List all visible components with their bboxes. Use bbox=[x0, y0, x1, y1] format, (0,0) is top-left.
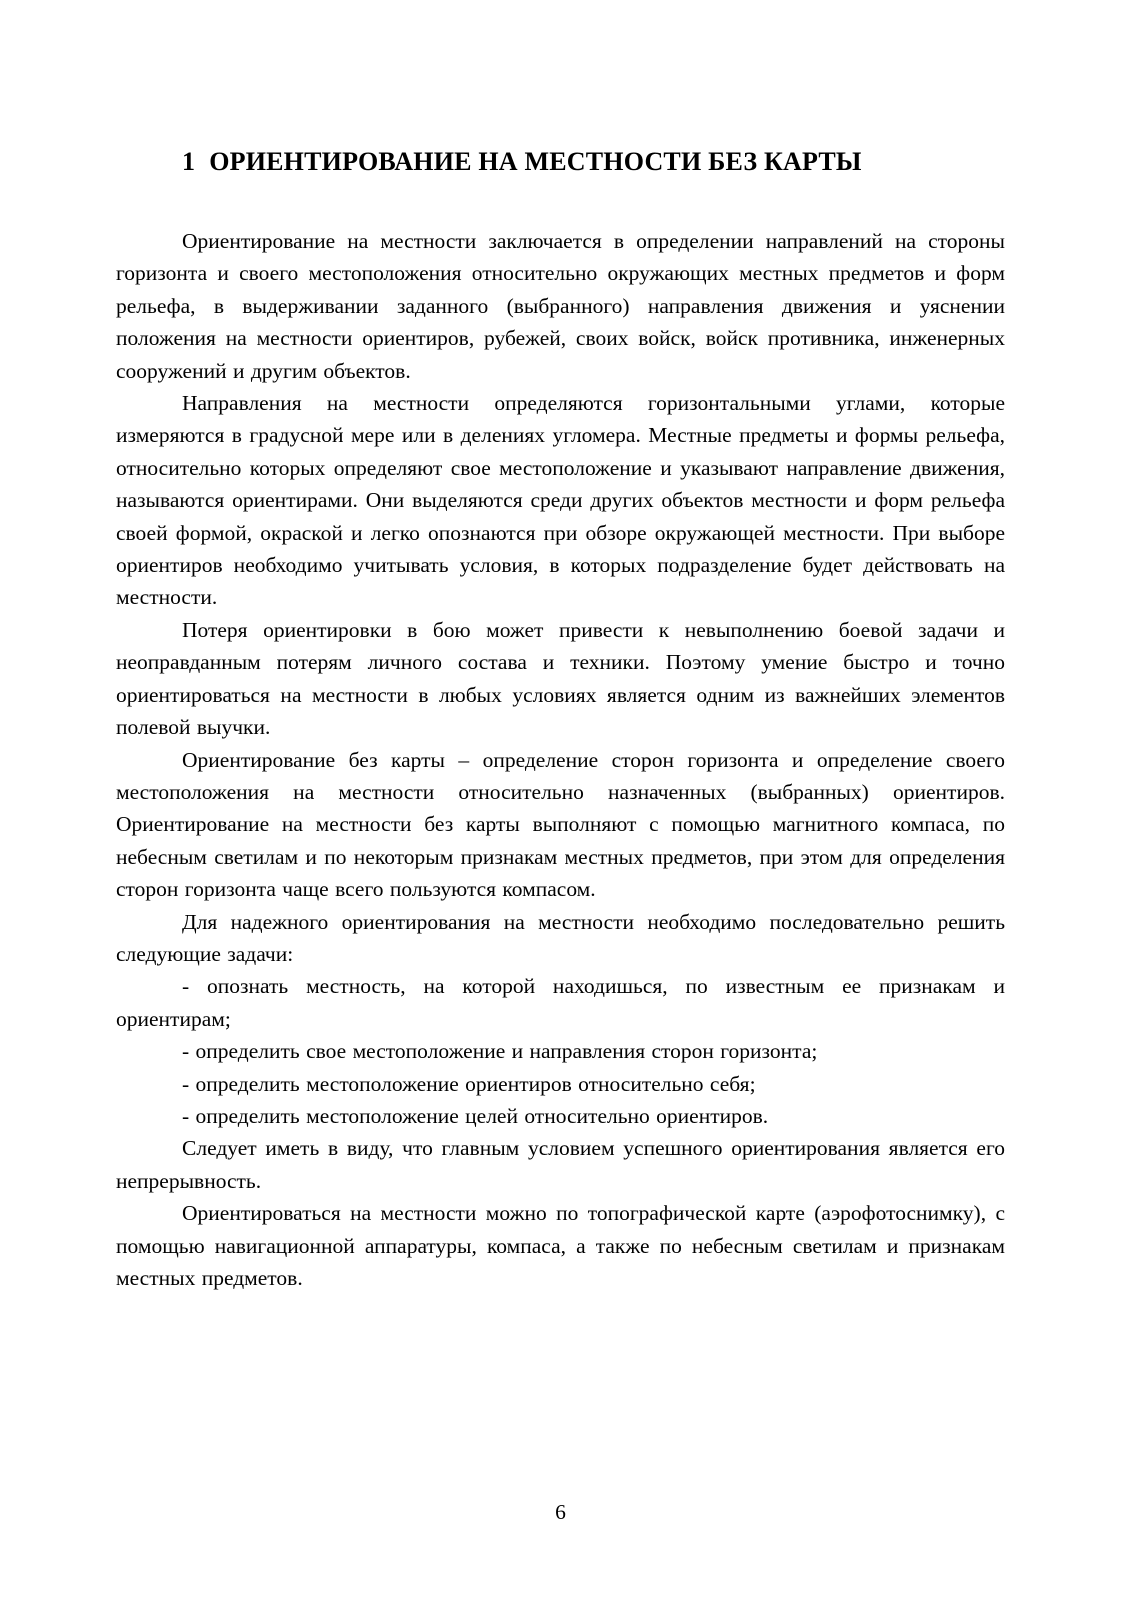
section-title: ОРИЕНТИРОВАНИЕ НА МЕСТНОСТИ БЕЗ КАРТЫ bbox=[209, 147, 861, 176]
paragraph: Для надежного ориентирования на местност… bbox=[116, 906, 1005, 971]
paragraph: Потеря ориентировки в бою может привести… bbox=[116, 614, 1005, 744]
paragraph: Направления на местности определяются го… bbox=[116, 387, 1005, 614]
section-heading: 1ОРИЕНТИРОВАНИЕ НА МЕСТНОСТИ БЕЗ КАРТЫ bbox=[116, 145, 1005, 179]
paragraph: Следует иметь в виду, что главным услови… bbox=[116, 1132, 1005, 1197]
page-number: 6 bbox=[116, 1496, 1005, 1528]
paragraph: - опознать местность, на которой находиш… bbox=[116, 970, 1005, 1035]
paragraph: - определить местоположение целей относи… bbox=[116, 1100, 1005, 1132]
paragraph: - определить свое местоположение и напра… bbox=[116, 1035, 1005, 1067]
document-body: Ориентирование на местности заключается … bbox=[116, 225, 1005, 1294]
document-page: 1ОРИЕНТИРОВАНИЕ НА МЕСТНОСТИ БЕЗ КАРТЫ О… bbox=[0, 0, 1142, 1615]
section-number: 1 bbox=[182, 147, 195, 176]
paragraph: Ориентирование без карты – определение с… bbox=[116, 744, 1005, 906]
paragraph: - определить местоположение ориентиров о… bbox=[116, 1068, 1005, 1100]
paragraph: Ориентирование на местности заключается … bbox=[116, 225, 1005, 387]
paragraph: Ориентироваться на местности можно по то… bbox=[116, 1197, 1005, 1294]
